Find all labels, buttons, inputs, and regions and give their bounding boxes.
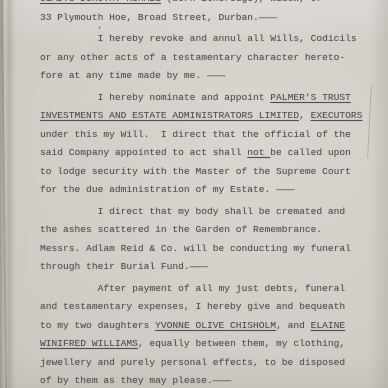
text-line: Messrs. Adlam Reid & Co. will be conduct… — [40, 240, 380, 259]
text-line: through their Burial Fund.———— — [40, 258, 380, 277]
text-segment: jewellery and purely personal effects, t… — [40, 357, 345, 368]
text-line: fore at any time made by me. ———— — [40, 67, 380, 86]
paper-left-edge — [1, 0, 7, 388]
text-segment: I hereby nominate and appoint — [40, 92, 270, 103]
paragraph: GLADYS DOROTHY KUMMEL (born Etheredge), … — [40, 0, 380, 27]
text-line: to lodge security with the Master of the… — [40, 163, 380, 182]
text-segment: for the due administration of my Estate. — [40, 184, 276, 195]
paragraph: I direct that my body shall be cremated … — [40, 203, 380, 277]
text-line: or any other acts of a testamentary char… — [40, 49, 380, 68]
text-line: under this my Will. I direct that the of… — [40, 126, 380, 145]
text-segment: 33 Plymouth Hoe, Broad Street, Durban. — [40, 12, 259, 23]
underlined-text: GLADYS DOROTHY KUMMEL — [40, 0, 161, 4]
text-line: INVESTMENTS AND ESTATE ADMINISTRATORS LI… — [40, 107, 380, 126]
text-line: of by them as they may please.———— — [40, 372, 380, 388]
text-segment: , equally between them, my clothing, — [138, 338, 345, 349]
text-line: I direct that my body shall be cremated … — [40, 203, 380, 222]
text-line: After payment of all my just debts, fune… — [40, 280, 380, 299]
text-line: and testamentary expenses, I hereby give… — [40, 298, 380, 317]
underlined-text: ELAINE — [311, 320, 346, 331]
text-line: jewellery and purely personal effects, t… — [40, 354, 380, 373]
underlined-text: PALMER'S TRUST — [270, 92, 351, 103]
text-line: GLADYS DOROTHY KUMMEL (born Etheredge), … — [40, 0, 380, 9]
text-line: WINIFRED WILLIAMS, equally between them,… — [40, 335, 380, 354]
text-segment: , and — [276, 320, 311, 331]
text-segment: or any other acts of a testamentary char… — [40, 52, 345, 63]
text-segment: Messrs. Adlam Reid & Co. will be conduct… — [40, 243, 351, 254]
paragraph-end-dash: ———— — [213, 375, 230, 386]
text-line: I hereby nominate and appoint PALMER'S T… — [40, 89, 380, 108]
text-segment: through their Burial Fund. — [40, 261, 190, 272]
underlined-text: INVESTMENTS AND ESTATE ADMINISTRATORS LI… — [40, 110, 299, 121]
text-segment: (born Etheredge), widow, of — [161, 0, 322, 4]
text-segment: I direct that my body shall be cremated … — [40, 206, 345, 217]
text-line: for the due administration of my Estate.… — [40, 181, 380, 200]
document-body: GLADYS DOROTHY KUMMEL (born Etheredge), … — [40, 0, 380, 388]
text-segment: said Company appointed to act shall — [40, 147, 247, 158]
paragraph-end-dash: ———— — [190, 261, 207, 272]
text-line: said Company appointed to act shall not … — [40, 144, 380, 163]
text-segment: fore at any time made by me. — [40, 70, 207, 81]
text-line: the ashes scattered in the Garden of Rem… — [40, 221, 380, 240]
document-page: GLADYS DOROTHY KUMMEL (born Etheredge), … — [0, 0, 388, 388]
paragraph: I hereby nominate and appoint PALMER'S T… — [40, 89, 380, 200]
text-segment: the ashes scattered in the Garden of Rem… — [40, 224, 322, 235]
text-segment: under this my Will. I direct that the of… — [40, 129, 351, 140]
paragraph: After payment of all my just debts, fune… — [40, 280, 380, 388]
underlined-text: not — [247, 147, 270, 158]
underlined-text: EXECUTORS — [311, 110, 363, 121]
text-segment: and testamentary expenses, I hereby give… — [40, 301, 345, 312]
paragraph-end-dash: ———— — [207, 70, 224, 81]
paragraph-end-dash: ———— — [276, 184, 293, 195]
text-segment: to my two daughters — [40, 320, 155, 331]
paragraph: I hereby revoke and annul all Wills, Cod… — [40, 30, 380, 86]
text-segment: to lodge security with the Master of the… — [40, 166, 351, 177]
stray-typewriter-mark: ’ — [97, 26, 102, 36]
text-segment: , — [299, 110, 311, 121]
paragraph-end-dash: ———— — [259, 12, 276, 23]
text-line: 33 Plymouth Hoe, Broad Street, Durban.——… — [40, 9, 380, 28]
text-segment: be called upon — [270, 147, 351, 158]
underlined-text: YVONNE OLIVE CHISHOLM — [155, 320, 276, 331]
text-segment: After payment of all my just debts, fune… — [40, 283, 345, 294]
underlined-text: WINIFRED WILLIAMS — [40, 338, 138, 349]
text-segment: I hereby revoke and annul all Wills, Cod… — [40, 33, 357, 44]
text-line: to my two daughters YVONNE OLIVE CHISHOL… — [40, 317, 380, 336]
text-line: I hereby revoke and annul all Wills, Cod… — [40, 30, 380, 49]
text-segment: of by them as they may please. — [40, 375, 213, 386]
